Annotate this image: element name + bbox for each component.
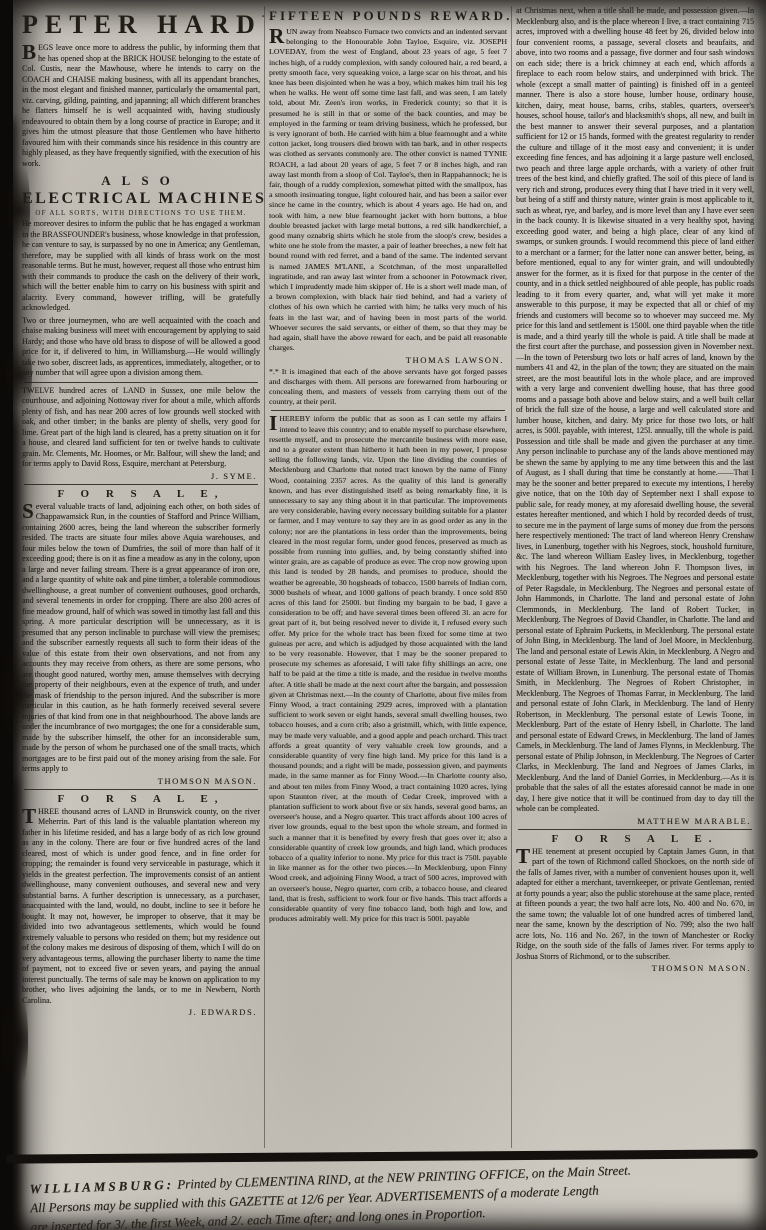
article-body: TWELVE hundred acres of LAND in Sussex, … bbox=[22, 386, 260, 470]
article-electrical-machines: ALSO ELECTRICAL MACHINES, OF ALL SORTS, … bbox=[22, 173, 260, 379]
article-marable-lands: IHEREBY inform the public that as soon a… bbox=[269, 414, 507, 924]
article-subtitle: OF ALL SORTS, WITH DIRECTIONS TO USE THE… bbox=[22, 209, 260, 217]
article-title: ELECTRICAL MACHINES, bbox=[22, 190, 260, 208]
drop-cap: I bbox=[269, 414, 279, 432]
section-rule bbox=[24, 382, 258, 383]
forewarning-note: *.* It is imagined that each of the abov… bbox=[269, 367, 507, 408]
article-for-sale-chappawamsick: F O R S A L E, Several valuable tracts o… bbox=[22, 488, 260, 786]
body-text: HE tenement at present occupied by Capta… bbox=[516, 847, 754, 961]
column-right: at Christmas next, when a title shall be… bbox=[511, 6, 758, 1148]
drop-cap: T bbox=[22, 807, 38, 825]
article-marable-lands-continued: at Christmas next, when a title shall be… bbox=[516, 6, 754, 826]
signature: THOMSON MASON. bbox=[22, 776, 260, 786]
column-left: PETER HARDY BEGS leave once more to addr… bbox=[18, 6, 264, 1148]
article-body: Several valuable tracts of land, adjoini… bbox=[22, 502, 260, 775]
for-sale-heading: F O R S A L E. bbox=[516, 833, 754, 845]
article-title: FIFTEEN POUNDS REWARD. bbox=[269, 8, 507, 24]
body-text: EGS leave once more to address the publi… bbox=[22, 43, 260, 168]
drop-cap: T bbox=[516, 847, 532, 865]
drop-cap: R bbox=[269, 27, 286, 45]
signature: THOMAS LAWSON. bbox=[269, 355, 507, 365]
drop-cap: S bbox=[22, 502, 36, 520]
section-rule bbox=[518, 829, 752, 830]
for-sale-heading: F O R S A L E, bbox=[22, 793, 260, 805]
section-rule bbox=[24, 484, 258, 485]
body-text: HREE thousand acres of LAND in Brunswick… bbox=[22, 807, 260, 1005]
masthead-williamsburg: WILLIAMSBURG: bbox=[29, 1177, 174, 1197]
article-body: at Christmas next, when a title shall be… bbox=[516, 6, 754, 815]
signature: J. EDWARDS. bbox=[22, 1007, 260, 1017]
article-body: RUN away from Neabsco Furnace two convic… bbox=[269, 27, 507, 354]
section-rule bbox=[271, 410, 505, 411]
article-body: IHEREBY inform the public that as soon a… bbox=[269, 414, 507, 924]
article-for-sale-brunswick: F O R S A L E, THREE thousand acres of L… bbox=[22, 793, 260, 1018]
signature: J. SYME. bbox=[22, 471, 260, 481]
body-text: UN away from Neabsco Furnace two convict… bbox=[269, 27, 507, 352]
column-layout: PETER HARDY BEGS leave once more to addr… bbox=[18, 6, 758, 1148]
article-peter-hardy: PETER HARDY BEGS leave once more to addr… bbox=[22, 10, 260, 169]
article-title: PETER HARDY bbox=[22, 10, 260, 40]
article-land-sussex: TWELVE hundred acres of LAND in Sussex, … bbox=[22, 386, 260, 481]
article-fifteen-pounds-reward: FIFTEEN POUNDS REWARD. RUN away from Nea… bbox=[269, 8, 507, 407]
article-body: BEGS leave once more to address the publ… bbox=[22, 43, 260, 169]
article-body: He moreover desires to inform the public… bbox=[22, 219, 260, 314]
for-sale-heading: F O R S A L E, bbox=[22, 488, 260, 500]
also-heading: ALSO bbox=[22, 173, 260, 189]
scan-edge bbox=[0, 0, 13, 1230]
article-body: THREE thousand acres of LAND in Brunswic… bbox=[22, 807, 260, 1007]
imprint-footer: WILLIAMSBURG: Printed by CLEMENTINA RIND… bbox=[29, 1157, 750, 1230]
drop-cap: B bbox=[22, 43, 38, 61]
signature: MATTHEW MARABLE. bbox=[516, 816, 754, 826]
section-rule bbox=[24, 789, 258, 790]
newspaper-page: PETER HARDY BEGS leave once more to addr… bbox=[0, 0, 766, 1230]
article-for-sale-richmond-tenement: F O R S A L E. THE tenement at present o… bbox=[516, 833, 754, 974]
body-text: everal valuable tracts of land, adjoinin… bbox=[22, 502, 260, 774]
signature: THOMSON MASON. bbox=[516, 963, 754, 973]
article-body: Two or three journeymen, who are well ac… bbox=[22, 316, 260, 379]
article-body: THE tenement at present occupied by Capt… bbox=[516, 847, 754, 963]
column-middle: FIFTEEN POUNDS REWARD. RUN away from Nea… bbox=[264, 6, 511, 1148]
body-text: HEREBY inform the public that as soon as… bbox=[269, 414, 507, 923]
